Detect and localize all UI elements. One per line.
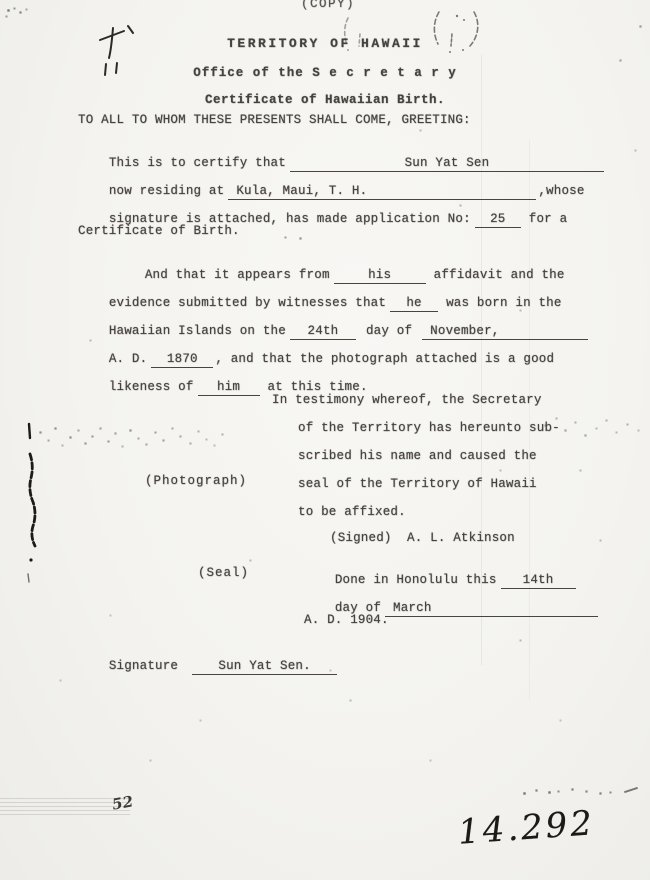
scanline-streaks [0,795,130,817]
likeness-text: likeness of [109,380,194,394]
handwritten-page-number: 52 [112,793,133,813]
likeness-whom-value: him [217,380,240,394]
application-number-field: 25 [475,211,521,228]
scan-noise-specks [0,0,1,1]
testimony-line: to be affixed. [298,504,406,520]
document-subtitle: Certificate of Hawaiian Birth. [160,92,490,108]
testimony-line: scribed his name and caused the [298,448,537,464]
done-month-value: March [393,601,432,615]
document-title: TERRITORY OF HAWAII [160,36,490,52]
testimony-line: of the Territory has hereunto sub- [298,420,560,436]
signature-label: Signature [109,659,178,673]
testimony-line: seal of the Territory of Hawaii [298,476,537,492]
testimony-line: In testimony whereof, the Secretary [272,392,542,408]
signature-value: Sun Yat Sen. [218,659,310,673]
office-line: Office of the S e c r e t a r y [160,65,490,81]
pen-dash-mark [624,787,638,793]
copy-label: (COPY) [301,0,355,12]
signed-line: (Signed) A. L. Atkinson [330,530,515,546]
application-post-text: for a [529,212,568,226]
seal-placeholder-label: (Seal) [198,565,249,581]
application-number-value: 25 [490,212,505,226]
done-year-line: A. D. 1904. [304,612,389,628]
photograph-placeholder-label: (Photograph) [145,473,247,489]
likeness-whom-field: him [198,379,260,396]
signature-line: SignatureSun Yat Sen. [78,642,337,691]
signature-field: Sun Yat Sen. [192,658,337,675]
certificate-of-birth-line: Certificate of Birth. [78,223,240,239]
done-month-field: March [385,600,598,617]
greeting-line: TO ALL TO WHOM THESE PRESENTS SHALL COME… [78,112,471,128]
left-edge-binding-mark [18,418,42,598]
handwritten-catalog-number: 14.292 [458,815,596,841]
certificate-page: (COPY) TERRITORY OF HAWAII Office of the… [0,0,650,880]
handwritten-scribble-mark [92,20,142,78]
